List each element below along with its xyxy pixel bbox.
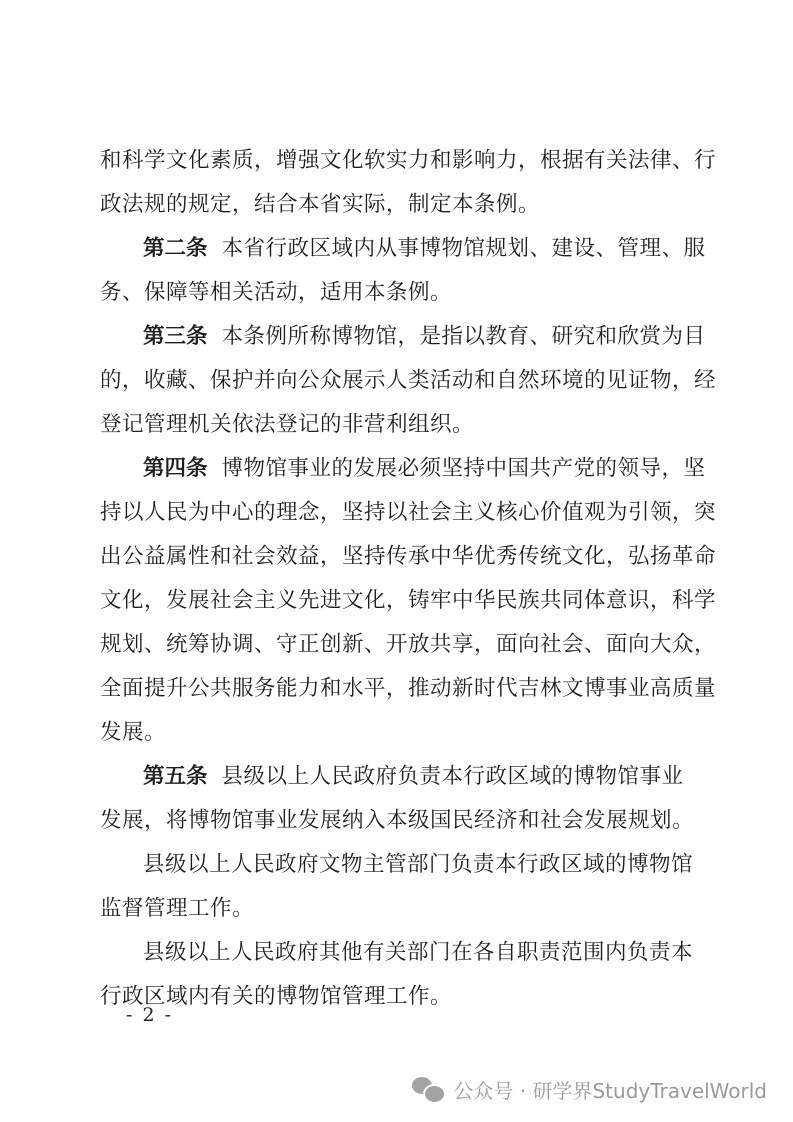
text-line: 登记管理机关依法登记的非营利组织。: [100, 403, 474, 447]
article-heading: 第二条: [143, 236, 208, 261]
watermark: 公众号 · 研学界StudyTravelWorld: [411, 1072, 767, 1106]
article-4-line: 第四条博物馆事业的发展必须坚持中国共产党的领导，坚: [100, 447, 706, 491]
article-2-line: 第二条本省行政区域内从事博物馆规划、建设、管理、服: [100, 227, 706, 271]
article-heading: 第五条: [143, 764, 208, 789]
text-line: 务、保障等相关活动，适用本条例。: [100, 271, 452, 315]
text-line: 县级以上人民政府其他有关部门在各自职责范围内负责本: [100, 931, 693, 975]
text-line: 监督管理工作。: [100, 887, 254, 931]
text-line: 文化，发展社会主义先进文化，铸牢中华民族共同体意识，科学: [100, 579, 716, 623]
article-heading: 第三条: [143, 324, 208, 349]
text-line: 县级以上人民政府文物主管部门负责本行政区域的博物馆: [100, 843, 693, 887]
text-line: 和科学文化素质，增强文化软实力和影响力，根据有关法律、行: [100, 139, 716, 183]
article-5-line: 第五条县级以上人民政府负责本行政区域的博物馆事业: [100, 755, 684, 799]
text-line: 规划、统筹协调、守正创新、开放共享，面向社会、面向大众，: [100, 623, 716, 667]
text-line: 全面提升公共服务能力和水平，推动新时代吉林文博事业高质量: [100, 667, 716, 711]
text-line: 的，收藏、保护并向公众展示人类活动和自然环境的见证物，经: [100, 359, 716, 403]
text-line: 发展。: [100, 711, 166, 755]
article-heading: 第四条: [143, 456, 208, 481]
text-line: 持以人民为中心的理念，坚持以社会主义核心价值观为引领，突: [100, 491, 716, 535]
text-line: 发展，将博物馆事业发展纳入本级国民经济和社会发展规划。: [100, 799, 694, 843]
page-number: - 2 -: [126, 1004, 173, 1026]
watermark-text: 公众号 · 研学界StudyTravelWorld: [453, 1075, 767, 1104]
article-3-line: 第三条本条例所称博物馆，是指以教育、研究和欣赏为目: [100, 315, 706, 359]
wechat-icon: [411, 1075, 445, 1103]
text-line: 出公益属性和社会效益，坚持传承中华优秀传统文化，弘扬革命: [100, 535, 716, 579]
text-line: 政法规的规定，结合本省实际，制定本条例。: [100, 183, 540, 227]
